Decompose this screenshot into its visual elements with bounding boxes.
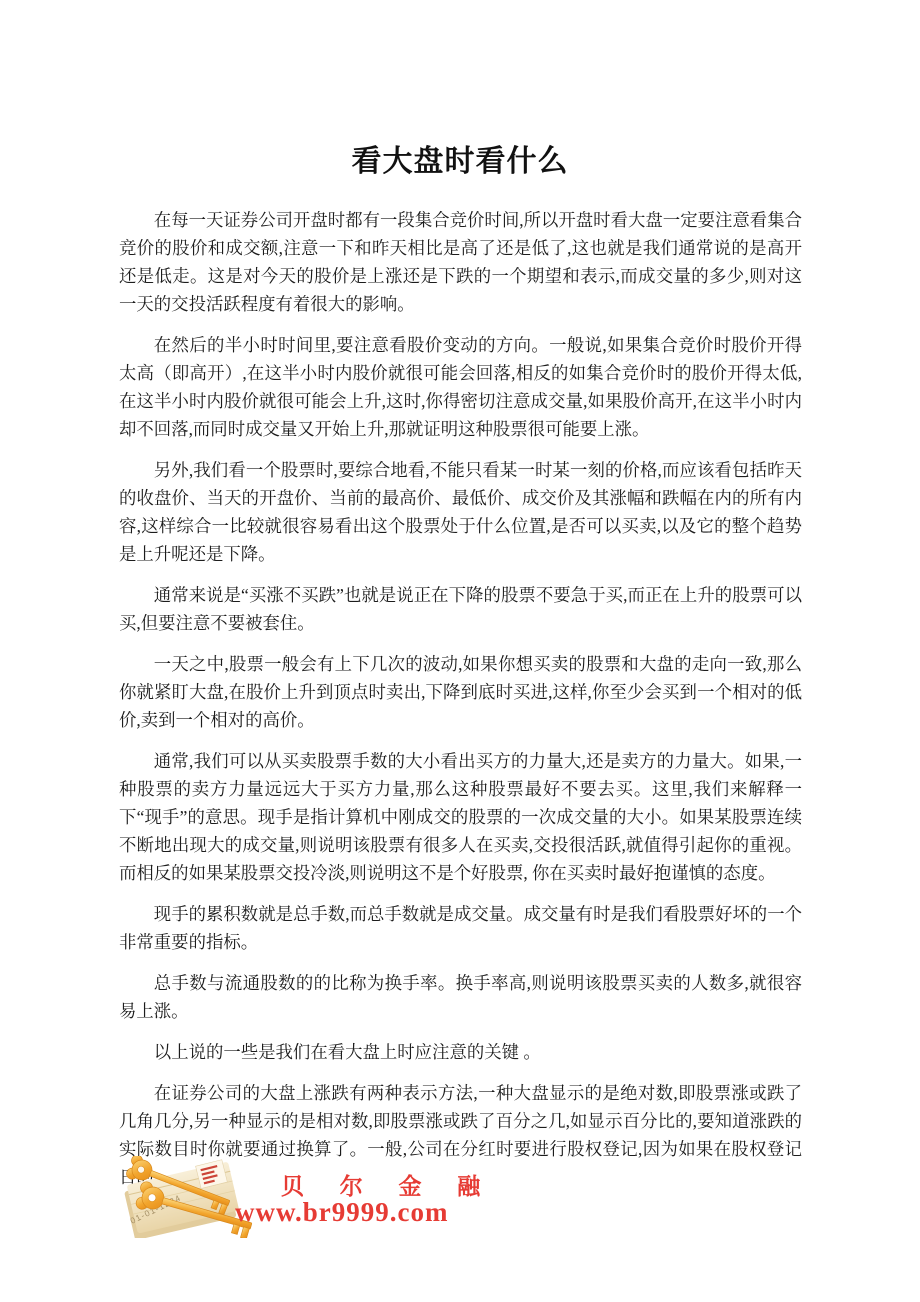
paragraph-9: 以上说的一些是我们在看大盘上时应注意的关键 。: [119, 1038, 802, 1066]
paragraph-1: 在每一天证券公司开盘时都有一段集合竞价时间,所以开盘时看大盘一定要注意看集合竞价…: [119, 206, 802, 318]
document-body: 在每一天证券公司开盘时都有一段集合竞价时间,所以开盘时看大盘一定要注意看集合竞价…: [119, 206, 802, 1204]
brand-url: www.br9999.com: [235, 1197, 448, 1228]
paragraph-7: 现手的累积数就是总手数,而总手数就是成交量。成交量有时是我们看股票好坏的一个非常…: [119, 900, 802, 956]
page-title: 看大盘时看什么: [0, 136, 920, 180]
paragraph-2: 在然后的半小时时间里,要注意看股价变动的方向。一般说,如果集合竞价时股价开得太高…: [119, 331, 802, 443]
paragraph-5: 一天之中,股票一般会有上下几次的波动,如果你想买卖的股票和大盘的走向一致,那么你…: [119, 650, 802, 734]
paragraph-3: 另外,我们看一个股票时,要综合地看,不能只看某一时某一刻的价格,而应该看包括昨天…: [119, 456, 802, 568]
footer-brand-block: 01-01-1234: [0, 1150, 920, 1270]
document-page: 看大盘时看什么 在每一天证券公司开盘时都有一段集合竞价时间,所以开盘时看大盘一定…: [0, 0, 920, 1302]
paragraph-4: 通常来说是“买涨不买跌”也就是说正在下降的股票不要急于买,而正在上升的股票可以买…: [119, 581, 802, 637]
paragraph-8: 总手数与流通股数的的比称为换手率。换手率高,则说明该股票买卖的人数多,就很容易上…: [119, 969, 802, 1025]
paragraph-6: 通常,我们可以从买卖股票手数的大小看出买方的力量大,还是卖方的力量大。如果,一种…: [119, 747, 802, 887]
